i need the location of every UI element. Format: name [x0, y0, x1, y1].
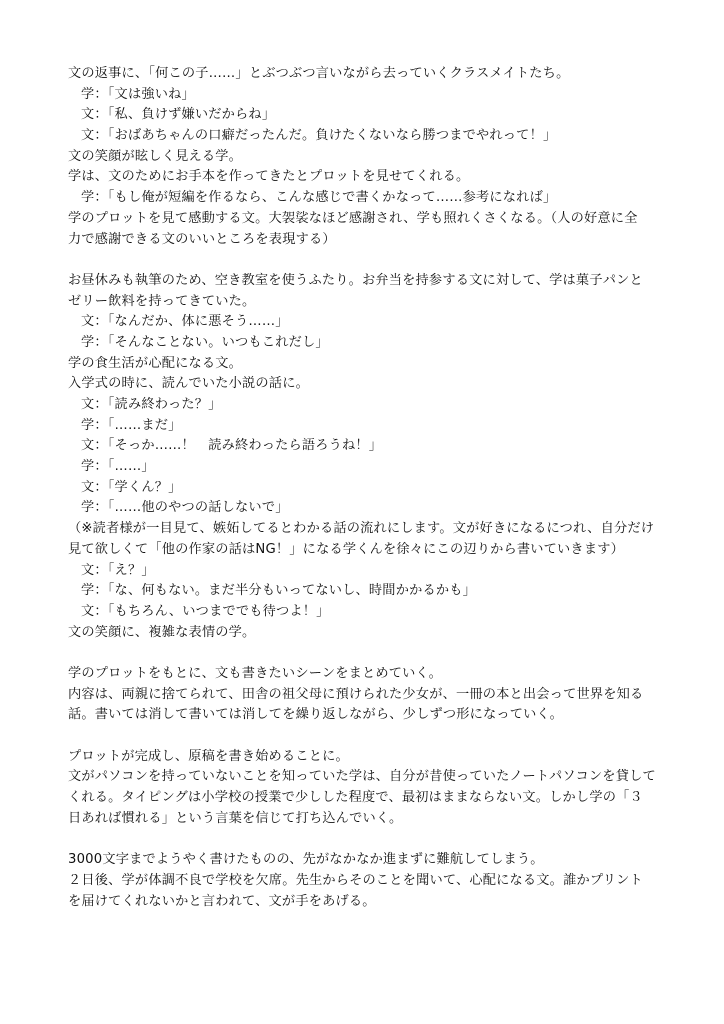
paragraph-spacer: [68, 829, 658, 850]
narration-line: 学のプロットをもとに、文も書きたいシーンをまとめていく。: [68, 664, 658, 685]
paragraph-spacer: [68, 250, 658, 271]
narration-line: ゼリー飲料を持ってきていた。: [68, 292, 658, 313]
dialog-line: 学：「な、何もない。まだ半分もいってないし、時間かかるかも」: [68, 581, 658, 602]
narration-line: 学のプロットを見て感動する文。大袈裟なほど感謝され、学も照れくさくなる。（人の好…: [68, 209, 658, 230]
dialog-line: 学：「……」: [68, 457, 658, 478]
author-note-line: （※読者様が一目見て、嫉妬してるとわかる話の流れにします。文が好きになるにつれ、…: [68, 519, 658, 540]
dialog-line: 学：「文は強いね」: [68, 85, 658, 106]
narration-line: 学の食生活が心配になる文。: [68, 354, 658, 375]
narration-line: 3000文字までようやく書けたものの、先がなかなか進まずに難航してしまう。: [68, 850, 658, 871]
narration-line: 文がパソコンを持っていないことを知っていた学は、自分が昔使っていたノートパソコン…: [68, 767, 658, 788]
narration-line: ２日後、学が体調不良で学校を欠席。先生からそのことを聞いて、心配になる文。誰かプ…: [68, 871, 658, 892]
dialog-line: 学：「もし俺が短編を作るなら、こんな感じで書くかなって……参考になれば」: [68, 188, 658, 209]
dialog-line: 学：「……他のやつの話しないで」: [68, 498, 658, 519]
paragraph-5: 3000文字までようやく書けたものの、先がなかなか進まずに難航してしまう。 ２日…: [68, 850, 658, 912]
narration-line: 日あれば慣れる」という言葉を信じて打ち込んでいく。: [68, 809, 658, 830]
narration-line: プロットが完成し、原稿を書き始めることに。: [68, 747, 658, 768]
dialog-line: 文：「おばあちゃんの口癖だったんだ。負けたくないなら勝つまでやれって！」: [68, 126, 658, 147]
dialog-line: 文：「なんだか、体に悪そう……」: [68, 312, 658, 333]
narration-line: 文の笑顔が眩しく見える学。: [68, 147, 658, 168]
narration-line: 力で感謝できる文のいいところを表現する）: [68, 230, 658, 251]
paragraph-1: 文の返事に、「何この子……」とぶつぶつ言いながら去っていくクラスメイトたち。 学…: [68, 64, 658, 250]
paragraph-spacer: [68, 643, 658, 664]
paragraph-spacer: [68, 726, 658, 747]
narration-line: 話。書いては消して書いては消してを繰り返しながら、少しずつ形になっていく。: [68, 705, 658, 726]
narration-line: 内容は、両親に捨てられて、田舎の祖父母に預けられた少女が、一冊の本と出会って世界…: [68, 685, 658, 706]
dialog-line: 文：「私、負けず嫌いだからね」: [68, 105, 658, 126]
paragraph-3: 学のプロットをもとに、文も書きたいシーンをまとめていく。 内容は、両親に捨てられ…: [68, 664, 658, 726]
dialog-line: 文：「もちろん、いつまででも待つよ！」: [68, 602, 658, 623]
narration-line: 学は、文のためにお手本を作ってきたとプロットを見せてくれる。: [68, 167, 658, 188]
dialog-line: 学：「……まだ」: [68, 416, 658, 437]
dialog-line: 文：「え？」: [68, 561, 658, 582]
document-page: 文の返事に、「何この子……」とぶつぶつ言いながら去っていくクラスメイトたち。 学…: [68, 64, 658, 912]
paragraph-4: プロットが完成し、原稿を書き始めることに。 文がパソコンを持っていないことを知っ…: [68, 747, 658, 830]
dialog-line: 文：「読み終わった？」: [68, 395, 658, 416]
paragraph-2: お昼休みも執筆のため、空き教室を使うふたり。お弁当を持参する文に対して、学は菓子…: [68, 271, 658, 643]
dialog-line: 文：「そっか……！ 読み終わったら語ろうね！」: [68, 436, 658, 457]
narration-line: 入学式の時に、読んでいた小説の話に。: [68, 374, 658, 395]
narration-line: くれる。タイピングは小学校の授業で少しした程度で、最初はままならない文。しかし学…: [68, 788, 658, 809]
author-note-line: 見て欲しくて「他の作家の話はNG！」になる学くんを徐々にこの辺りから書いていきま…: [68, 540, 658, 561]
narration-line: を届けてくれないかと言われて、文が手をあげる。: [68, 892, 658, 913]
narration-line: お昼休みも執筆のため、空き教室を使うふたり。お弁当を持参する文に対して、学は菓子…: [68, 271, 658, 292]
narration-line: 文の笑顔に、複雑な表情の学。: [68, 623, 658, 644]
dialog-line: 学：「そんなことない。いつもこれだし」: [68, 333, 658, 354]
dialog-line: 文：「学くん？」: [68, 478, 658, 499]
narration-line: 文の返事に、「何この子……」とぶつぶつ言いながら去っていくクラスメイトたち。: [68, 64, 658, 85]
